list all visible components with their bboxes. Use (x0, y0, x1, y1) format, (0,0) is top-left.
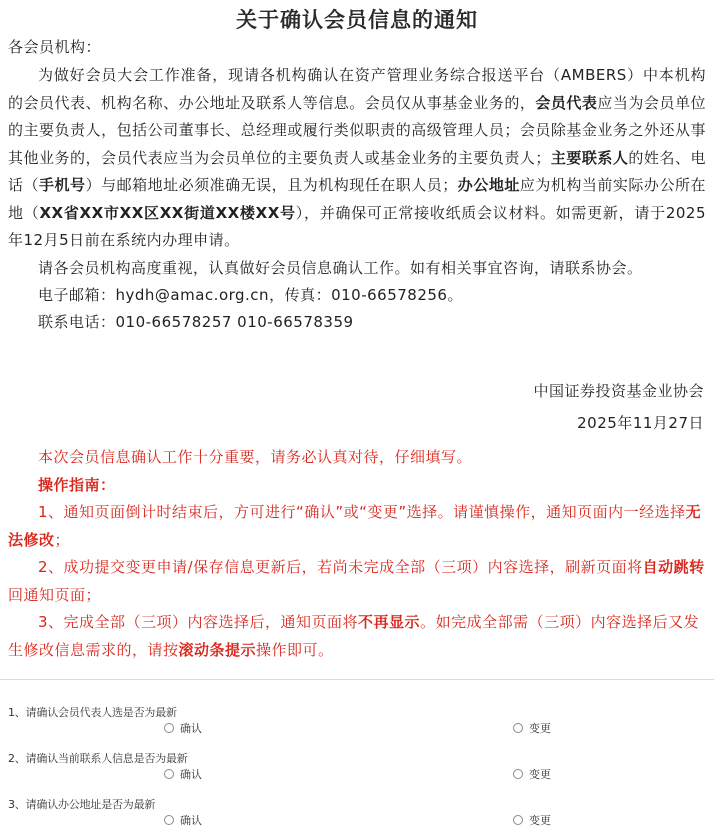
confirm-option[interactable]: 确认 (164, 812, 202, 828)
notice-request-paragraph: 请各会员机构高度重视，认真做好会员信息确认工作。如有相关事宜咨询，请联系协会。 (8, 255, 706, 283)
guide-text: 3、完成全部（三项）内容选择后，通知页面将 (38, 613, 358, 631)
signature-date: 2025年11月27日 (8, 408, 706, 438)
body-text: ）与邮箱地址必须准确无误，且为机构现任在职人员； (86, 176, 458, 194)
guide-emphasis: 不再显示 (358, 613, 420, 631)
guide-item-2: 2、成功提交变更申请/保存信息更新后，若尚未完成全部（三项）内容选择，刷新页面将… (8, 554, 706, 609)
emphasis-office-address: 办公地址 (458, 176, 520, 194)
option-label: 变更 (529, 766, 551, 782)
fax-label: ，传真： (269, 286, 331, 304)
guide-item-3: 3、完成全部（三项）内容选择后，通知页面将不再显示。如完成全部需（三项）内容选择… (8, 609, 706, 664)
guide-item-1: 1、通知页面倒计时结束后，方可进行“确认”或“变更”选择。请谨慎操作，通知页面内… (8, 499, 706, 554)
change-option[interactable]: 变更 (513, 812, 551, 828)
salutation: 各会员机构： (8, 34, 706, 62)
question-label: 3、请确认办公地址是否为最新 (8, 796, 155, 812)
phone-label: 联系电话： (38, 313, 116, 331)
question-contact-info: 2、请确认当前联系人信息是否为最新 确认 变更 (0, 746, 714, 792)
question-member-rep: 1、请确认会员代表人选是否为最新 确认 变更 (0, 700, 714, 746)
radio-button-icon[interactable] (164, 769, 174, 779)
option-label: 变更 (529, 812, 551, 828)
radio-button-icon[interactable] (513, 769, 523, 779)
contact-phone-line: 联系电话：010-66578257 010-66578359 (8, 309, 706, 336)
signature-org: 中国证券投资基金业协会 (8, 376, 706, 406)
reminder-text: 本次会员信息确认工作十分重要，请务必认真对待，仔细填写。 (8, 444, 706, 472)
radio-button-icon[interactable] (164, 723, 174, 733)
emphasis-main-contact: 主要联系人 (551, 149, 629, 167)
contact-email-line: 电子邮箱：hydh@amac.org.cn，传真：010-66578256。 (8, 282, 706, 309)
guide-text: 回通知页面； (8, 586, 101, 604)
confirm-option[interactable]: 确认 (164, 720, 202, 736)
guide-heading: 操作指南： (8, 472, 706, 500)
notice-title: 关于确认会员信息的通知 (8, 0, 706, 34)
option-label: 变更 (529, 720, 551, 736)
guide-emphasis: 滚动条提示 (179, 641, 257, 659)
question-label: 2、请确认当前联系人信息是否为最新 (8, 750, 188, 766)
fax-number: 010-66578256。 (331, 286, 463, 304)
guide-text: 2、成功提交变更申请/保存信息更新后，若尚未完成全部（三项）内容选择，刷新页面将 (38, 558, 643, 576)
confirmation-form: 1、请确认会员代表人选是否为最新 确认 变更 2、请确认当前联系人信息是否为最新… (0, 700, 714, 837)
guide-emphasis: 自动跳转 (643, 558, 705, 576)
operation-guide: 本次会员信息确认工作十分重要，请务必认真对待，仔细填写。 操作指南： 1、通知页… (8, 444, 706, 664)
radio-button-icon[interactable] (513, 723, 523, 733)
change-option[interactable]: 变更 (513, 766, 551, 782)
question-office-address: 3、请确认办公地址是否为最新 确认 变更 (0, 792, 714, 837)
radio-button-icon[interactable] (164, 815, 174, 825)
guide-text: ； (55, 531, 71, 549)
notice-panel: 关于确认会员信息的通知 各会员机构： 为做好会员大会工作准备，现请各机构确认在资… (0, 0, 714, 664)
option-label: 确认 (180, 720, 202, 736)
option-label: 确认 (180, 812, 202, 828)
guide-text: 操作即可。 (256, 641, 334, 659)
phone-numbers: 010-66578257 010-66578359 (116, 313, 354, 331)
email-address: hydh@amac.org.cn (116, 286, 270, 304)
change-option[interactable]: 变更 (513, 720, 551, 736)
radio-button-icon[interactable] (513, 815, 523, 825)
section-divider (0, 679, 714, 680)
question-label: 1、请确认会员代表人选是否为最新 (8, 704, 177, 720)
email-label: 电子邮箱： (38, 286, 116, 304)
emphasis-address-format: XX省XX市XX区XX街道XX楼XX号 (39, 204, 295, 222)
emphasis-mobile: 手机号 (39, 176, 86, 194)
notice-body-paragraph: 为做好会员大会工作准备，现请各机构确认在资产管理业务综合报送平台（AMBERS）… (8, 62, 706, 255)
option-label: 确认 (180, 766, 202, 782)
emphasis-member-rep: 会员代表 (535, 94, 597, 112)
guide-text: 1、通知页面倒计时结束后，方可进行“确认”或“变更”选择。请谨慎操作，通知页面内… (38, 503, 686, 521)
confirm-option[interactable]: 确认 (164, 766, 202, 782)
